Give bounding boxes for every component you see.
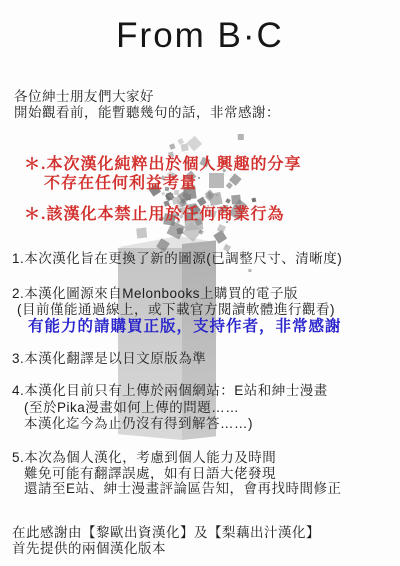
- footer-line-2: 首先提供的兩個漢化版本: [12, 541, 320, 557]
- warning-no-profit: ＊.本次漢化純粹出於個人興趣的分享 不存在任何利益考量: [24, 155, 301, 193]
- page-title: From B·C: [0, 16, 400, 56]
- note-2-melonbooks: 2.本漢化圖源來自Melonbooks上購買的電子版 (目前僅能通過線上，或下載…: [12, 286, 342, 335]
- debris-cube: [180, 143, 188, 151]
- debris-cube: [170, 144, 176, 150]
- note-4-upload-sites: 4.本漢化目前只有上傳於兩個網站：E站和紳士漫畫 (至於Pika漫畫如何上傳的問…: [12, 383, 328, 433]
- debris-cube: [248, 268, 251, 271]
- note-5-line-2: 難免可能有翻譯誤處，如有日語大佬發現: [24, 466, 342, 482]
- debris-cube: [238, 134, 244, 140]
- debris-cube: [225, 198, 231, 204]
- note-4-line-3: 本漢化迄今為止仍沒有得到解答……): [24, 416, 328, 433]
- note-3-line-1: 3.本漢化翻譯是以日文原版為準: [12, 351, 206, 367]
- debris-cube: [252, 198, 257, 203]
- note-4-line-2: (至於Pika漫畫如何上傳的問題……: [24, 400, 328, 417]
- warning-2-line-1: ＊.該漢化本禁止用於任何商業行為: [24, 205, 284, 224]
- greeting-block: 各位紳士朋友們大家好 開始觀看前，能暫聽幾句的話，非常感謝：: [14, 89, 280, 121]
- debris-cube: [168, 193, 173, 198]
- note-3-japanese-original: 3.本漢化翻譯是以日文原版為準: [12, 351, 206, 367]
- greeting-line-2: 開始觀看前，能暫聽幾句的話，非常感謝：: [14, 105, 280, 121]
- note-2-line-1: 2.本漢化圖源來自Melonbooks上購買的電子版: [12, 286, 342, 302]
- note-5-line-3: 還請至E站、紳士漫畫評論區告知，會再找時間修正: [24, 481, 342, 497]
- note-2-line-2: (目前僅能通過線上，或下載官方閱讀軟體進行觀看): [17, 302, 342, 318]
- note-4-line-1: 4.本漢化目前只有上傳於兩個網站：E站和紳士漫畫: [12, 383, 328, 400]
- note-1-line-1: 1.本次漢化旨在更換了新的圖源(已調整尺寸、清晰度): [12, 251, 342, 267]
- note-5-personal-translation: 5.本次為個人漢化，考慮到個人能力及時間 難免可能有翻譯誤處，如有日語大佬發現 …: [12, 450, 342, 497]
- translator-notice-page: From B·C 各位紳士朋友們大家好 開始觀看前，能暫聽幾句的話，非常感謝： …: [0, 0, 400, 566]
- warning-no-commercial: ＊.該漢化本禁止用於任何商業行為: [24, 205, 284, 224]
- footer-line-1: 在此感謝由【黎歐出資漢化】及【梨藕出汁漢化】: [12, 525, 320, 541]
- note-2-support-author: 有能力的請購買正版，支持作者，非常感謝: [28, 319, 342, 335]
- debris-cube: [137, 227, 148, 238]
- credits-footer: 在此感謝由【黎歐出資漢化】及【梨藕出汁漢化】 首先提供的兩個漢化版本: [12, 525, 320, 557]
- warning-1-line-2: 不存在任何利益考量: [44, 174, 301, 193]
- note-5-line-1: 5.本次為個人漢化，考慮到個人能力及時間: [12, 450, 342, 466]
- greeting-line-1: 各位紳士朋友們大家好: [14, 89, 280, 105]
- note-1-new-source: 1.本次漢化旨在更換了新的圖源(已調整尺寸、清晰度): [12, 251, 342, 267]
- warning-1-line-1: ＊.本次漢化純粹出於個人興趣的分享: [24, 155, 301, 174]
